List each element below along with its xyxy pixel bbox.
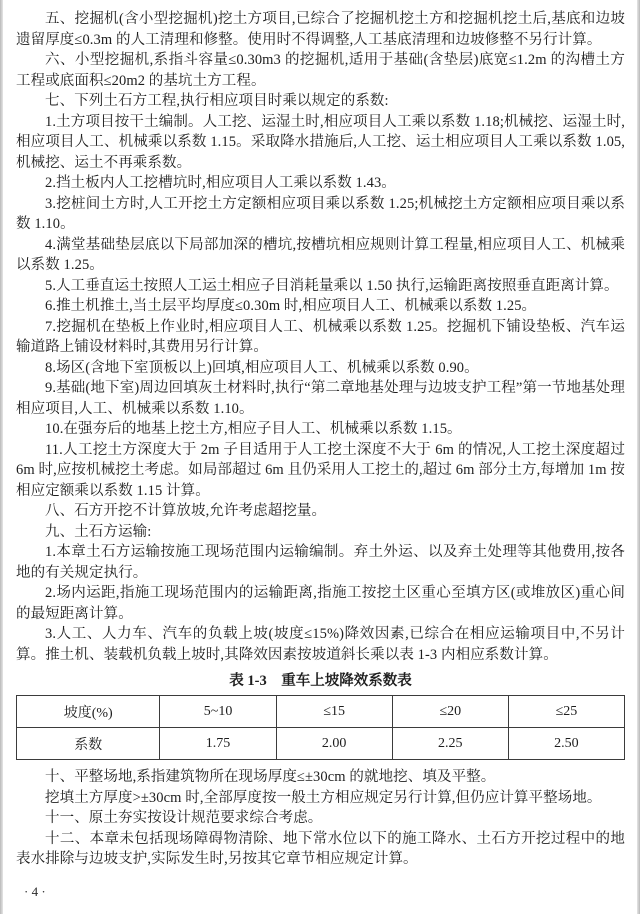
- table-caption: 表 1-3 重车上坡降效系数表: [16, 669, 625, 693]
- doc-paragraph: 七、下列土石方工程,执行相应项目时乘以规定的系数:: [16, 91, 625, 112]
- table-header-cell: ≤25: [508, 696, 624, 728]
- page-number: · 4 ·: [24, 884, 46, 900]
- table-cell: 2.25: [392, 728, 508, 760]
- table-cell: 2.50: [508, 728, 624, 760]
- doc-paragraph: 7.挖掘机在垫板上作业时,相应项目人工、机械乘以系数 1.25。挖掘机下铺设垫板…: [16, 317, 625, 358]
- doc-paragraph: 6.推土机推土,当土层平均厚度≤0.30m 时,相应项目人工、机械乘以系数 1.…: [16, 296, 625, 317]
- doc-paragraph: 3.人工、人力车、汽车的负载上坡(坡度≤15%)降效因素,已综合在相应运输项目中…: [16, 624, 625, 665]
- table-header-cell: ≤20: [392, 696, 508, 728]
- doc-paragraph: 10.在强夯后的地基上挖土方,相应子目人工、机械乘以系数 1.15。: [16, 419, 625, 440]
- doc-paragraph: 五、挖掘机(含小型挖掘机)挖土方项目,已综合了挖掘机挖土方和挖掘机挖土后,基底和…: [16, 9, 625, 50]
- doc-paragraph: 4.满堂基础垫层底以下局部加深的槽坑,按槽坑相应规则计算工程量,相应项目人工、机…: [16, 235, 625, 276]
- doc-paragraph: 1.本章土石方运输按施工现场范围内运输编制。弃土外运、以及弃土处理等其他费用,按…: [16, 542, 625, 583]
- doc-paragraph: 九、土石方运输:: [16, 522, 625, 543]
- table-header-cell: 5~10: [160, 696, 276, 728]
- doc-paragraph: 十一、原土夯实按设计规范要求综合考虑。: [16, 808, 625, 829]
- doc-paragraph: 9.基础(地下室)周边回填灰土材料时,执行“第二章地基处理与边坡支护工程”第一节…: [16, 378, 625, 419]
- document-content: 五、挖掘机(含小型挖掘机)挖土方项目,已综合了挖掘机挖土方和挖掘机挖土后,基底和…: [0, 0, 640, 870]
- table-cell: 1.75: [160, 728, 276, 760]
- doc-paragraph: 5.人工垂直运土按照人工运土相应子目消耗量乘以 1.50 执行,运输距离按照垂直…: [16, 276, 625, 297]
- heavy-vehicle-uphill-coefficient-table: 坡度(%) 5~10 ≤15 ≤20 ≤25 系数 1.75 2.00 2.25…: [16, 695, 625, 760]
- doc-paragraph: 1.土方项目按干土编制。人工挖、运湿土时,相应项目人工乘以系数 1.18;机械挖…: [16, 112, 625, 174]
- doc-paragraph: 八、石方开挖不计算放坡,允许考虑超挖量。: [16, 501, 625, 522]
- table-header-row: 坡度(%) 5~10 ≤15 ≤20 ≤25: [17, 696, 625, 728]
- doc-paragraph: 十、平整场地,系指建筑物所在现场厚度≤±30cm 的就地挖、填及平整。: [16, 767, 625, 788]
- doc-paragraph: 2.场内运距,指施工现场范围内的运输距离,指施工按挖土区重心至填方区(或堆放区)…: [16, 583, 625, 624]
- doc-paragraph: 8.场区(含地下室顶板以上)回填,相应项目人工、机械乘以系数 0.90。: [16, 358, 625, 379]
- table-cell: 2.00: [276, 728, 392, 760]
- doc-paragraph: 六、小型挖掘机,系指斗容量≤0.30m3 的挖掘机,适用于基础(含垫层)底宽≤1…: [16, 50, 625, 91]
- table-header-cell: 坡度(%): [17, 696, 160, 728]
- doc-paragraph: 十二、本章未包括现场障碍物清除、地下常水位以下的施工降水、土石方开挖过程中的地表…: [16, 829, 625, 870]
- page-scan-edge-left: [0, 0, 3, 914]
- table-cell: 系数: [17, 728, 160, 760]
- table-header-cell: ≤15: [276, 696, 392, 728]
- document-page: { "document": { "paragraphs": [ "五、挖掘机(含…: [0, 0, 640, 914]
- doc-paragraph: 挖填土方厚度>±30cm 时,全部厚度按一般土方相应规定另行计算,但仍应计算平整…: [16, 788, 625, 809]
- doc-paragraph: 2.挡土板内人工挖槽坑时,相应项目人工乘以系数 1.43。: [16, 173, 625, 194]
- doc-paragraph: 11.人工挖土方深度大于 2m 子目适用于人工挖土深度不大于 6m 的情况,人工…: [16, 440, 625, 502]
- doc-paragraph: 3.挖桩间土方时,人工开挖土方定额相应项目乘以系数 1.25;机械挖土方定额相应…: [16, 194, 625, 235]
- table-row: 系数 1.75 2.00 2.25 2.50: [17, 728, 625, 760]
